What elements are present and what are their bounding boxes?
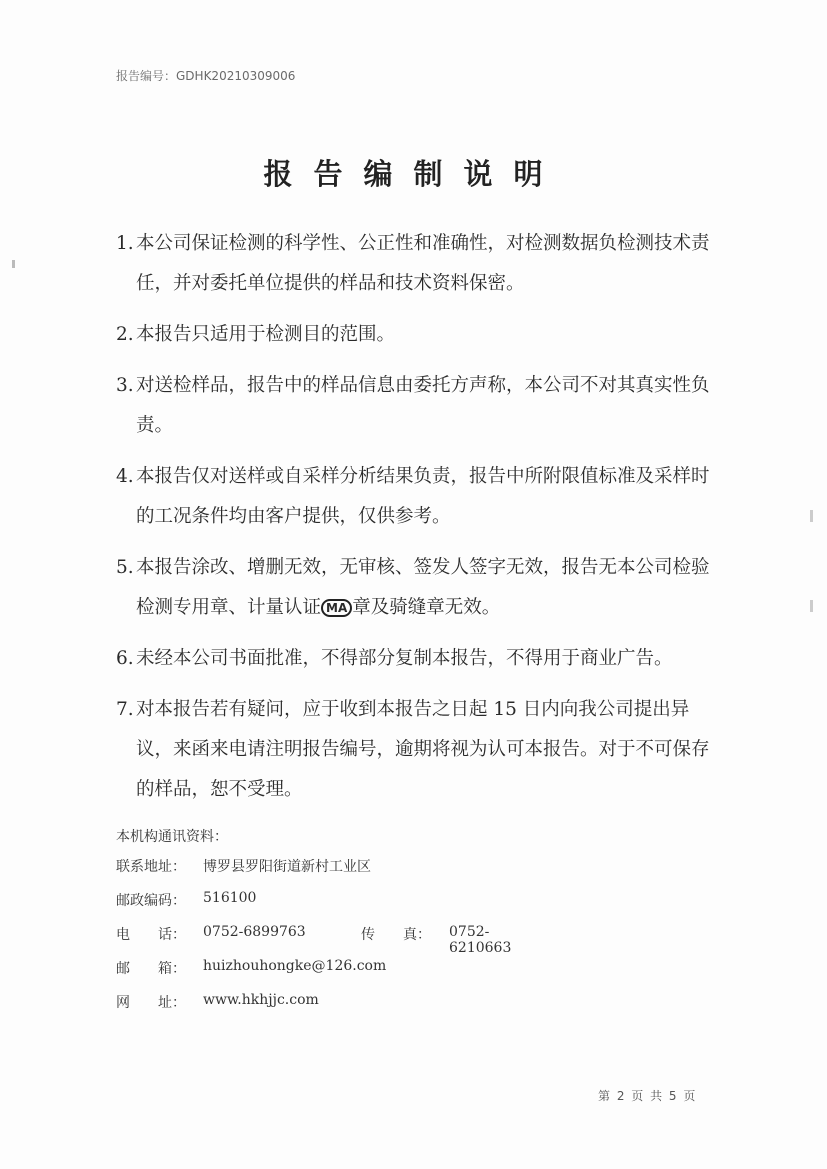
note-item: 2.本报告只适用于检测目的范围。 (116, 315, 716, 355)
seal-edge-mark (810, 600, 813, 612)
contact-info: 本机构通讯资料： 联系地址： 博罗县罗阳街道新村工业区 邮政编码： 516100… (116, 826, 228, 1026)
fax-value: 0752-6210663 (449, 924, 511, 956)
contact-row-website: 网 址： www.hkhjjc.com (116, 992, 228, 1026)
contact-row-address: 联系地址： 博罗县罗阳街道新村工业区 (116, 856, 228, 890)
note-text: 未经本公司书面批准，不得部分复制本报告，不得用于商业广告。 (136, 648, 673, 669)
note-item: 4.本报告仅对送样或自采样分析结果负责，报告中所附限值标准及采样时的工况条件均由… (116, 457, 716, 537)
scan-edge-mark (12, 260, 15, 268)
seal-edge-mark (810, 510, 813, 522)
postcode-value: 516100 (203, 890, 256, 906)
note-item: 1.本公司保证检测的科学性、公正性和准确性，对检测数据负检测技术责任，并对委托单… (116, 224, 716, 304)
note-item: 7.对本报告若有疑问，应于收到本报告之日起 15 日内向我公司提出异议，来函来电… (116, 690, 716, 810)
email-value: huizhouhongke@126.com (203, 958, 386, 974)
page-number: 第 2 页 共 5 页 (598, 1087, 695, 1104)
note-text: 本报告只适用于检测目的范围。 (136, 324, 395, 345)
contact-heading: 本机构通讯资料： (116, 826, 228, 856)
note-text: 对本报告若有疑问，应于收到本报告之日起 15 日内向我公司提出异议，来函来电请注… (136, 699, 710, 800)
note-text: 本公司保证检测的科学性、公正性和准确性，对检测数据负检测技术责任，并对委托单位提… (136, 233, 710, 294)
ma-certification-icon: MA (321, 599, 352, 617)
note-text: 本报告仅对送样或自采样分析结果负责，报告中所附限值标准及采样时的工况条件均由客户… (136, 466, 710, 527)
note-item: 3.对送检样品，报告中的样品信息由委托方声称，本公司不对其真实性负责。 (116, 366, 716, 446)
contact-row-phone: 电 话： 0752-6899763 传 真： 0752-6210663 (116, 924, 228, 958)
address-value: 博罗县罗阳街道新村工业区 (203, 856, 371, 876)
contact-row-email: 邮 箱： huizhouhongke@126.com (116, 958, 228, 992)
phone-value: 0752-6899763 (203, 924, 306, 940)
note-text: 对送检样品，报告中的样品信息由委托方声称，本公司不对其真实性负责。 (136, 375, 710, 436)
note-item: 6.未经本公司书面批准，不得部分复制本报告，不得用于商业广告。 (116, 639, 716, 679)
report-number: 报告编号：GDHK20210309006 (116, 67, 295, 84)
website-value: www.hkhjjc.com (203, 992, 319, 1008)
contact-row-postcode: 邮政编码： 516100 (116, 890, 228, 924)
notes-list: 1.本公司保证检测的科学性、公正性和准确性，对检测数据负检测技术责任，并对委托单… (116, 224, 716, 821)
note-item: 5.本报告涂改、增删无效，无审核、签发人签字无效，报告无本公司检验检测专用章、计… (116, 548, 716, 628)
page-title: 报告编制说明 (0, 152, 827, 193)
note-text-cont: 章及骑缝章无效。 (352, 597, 500, 618)
